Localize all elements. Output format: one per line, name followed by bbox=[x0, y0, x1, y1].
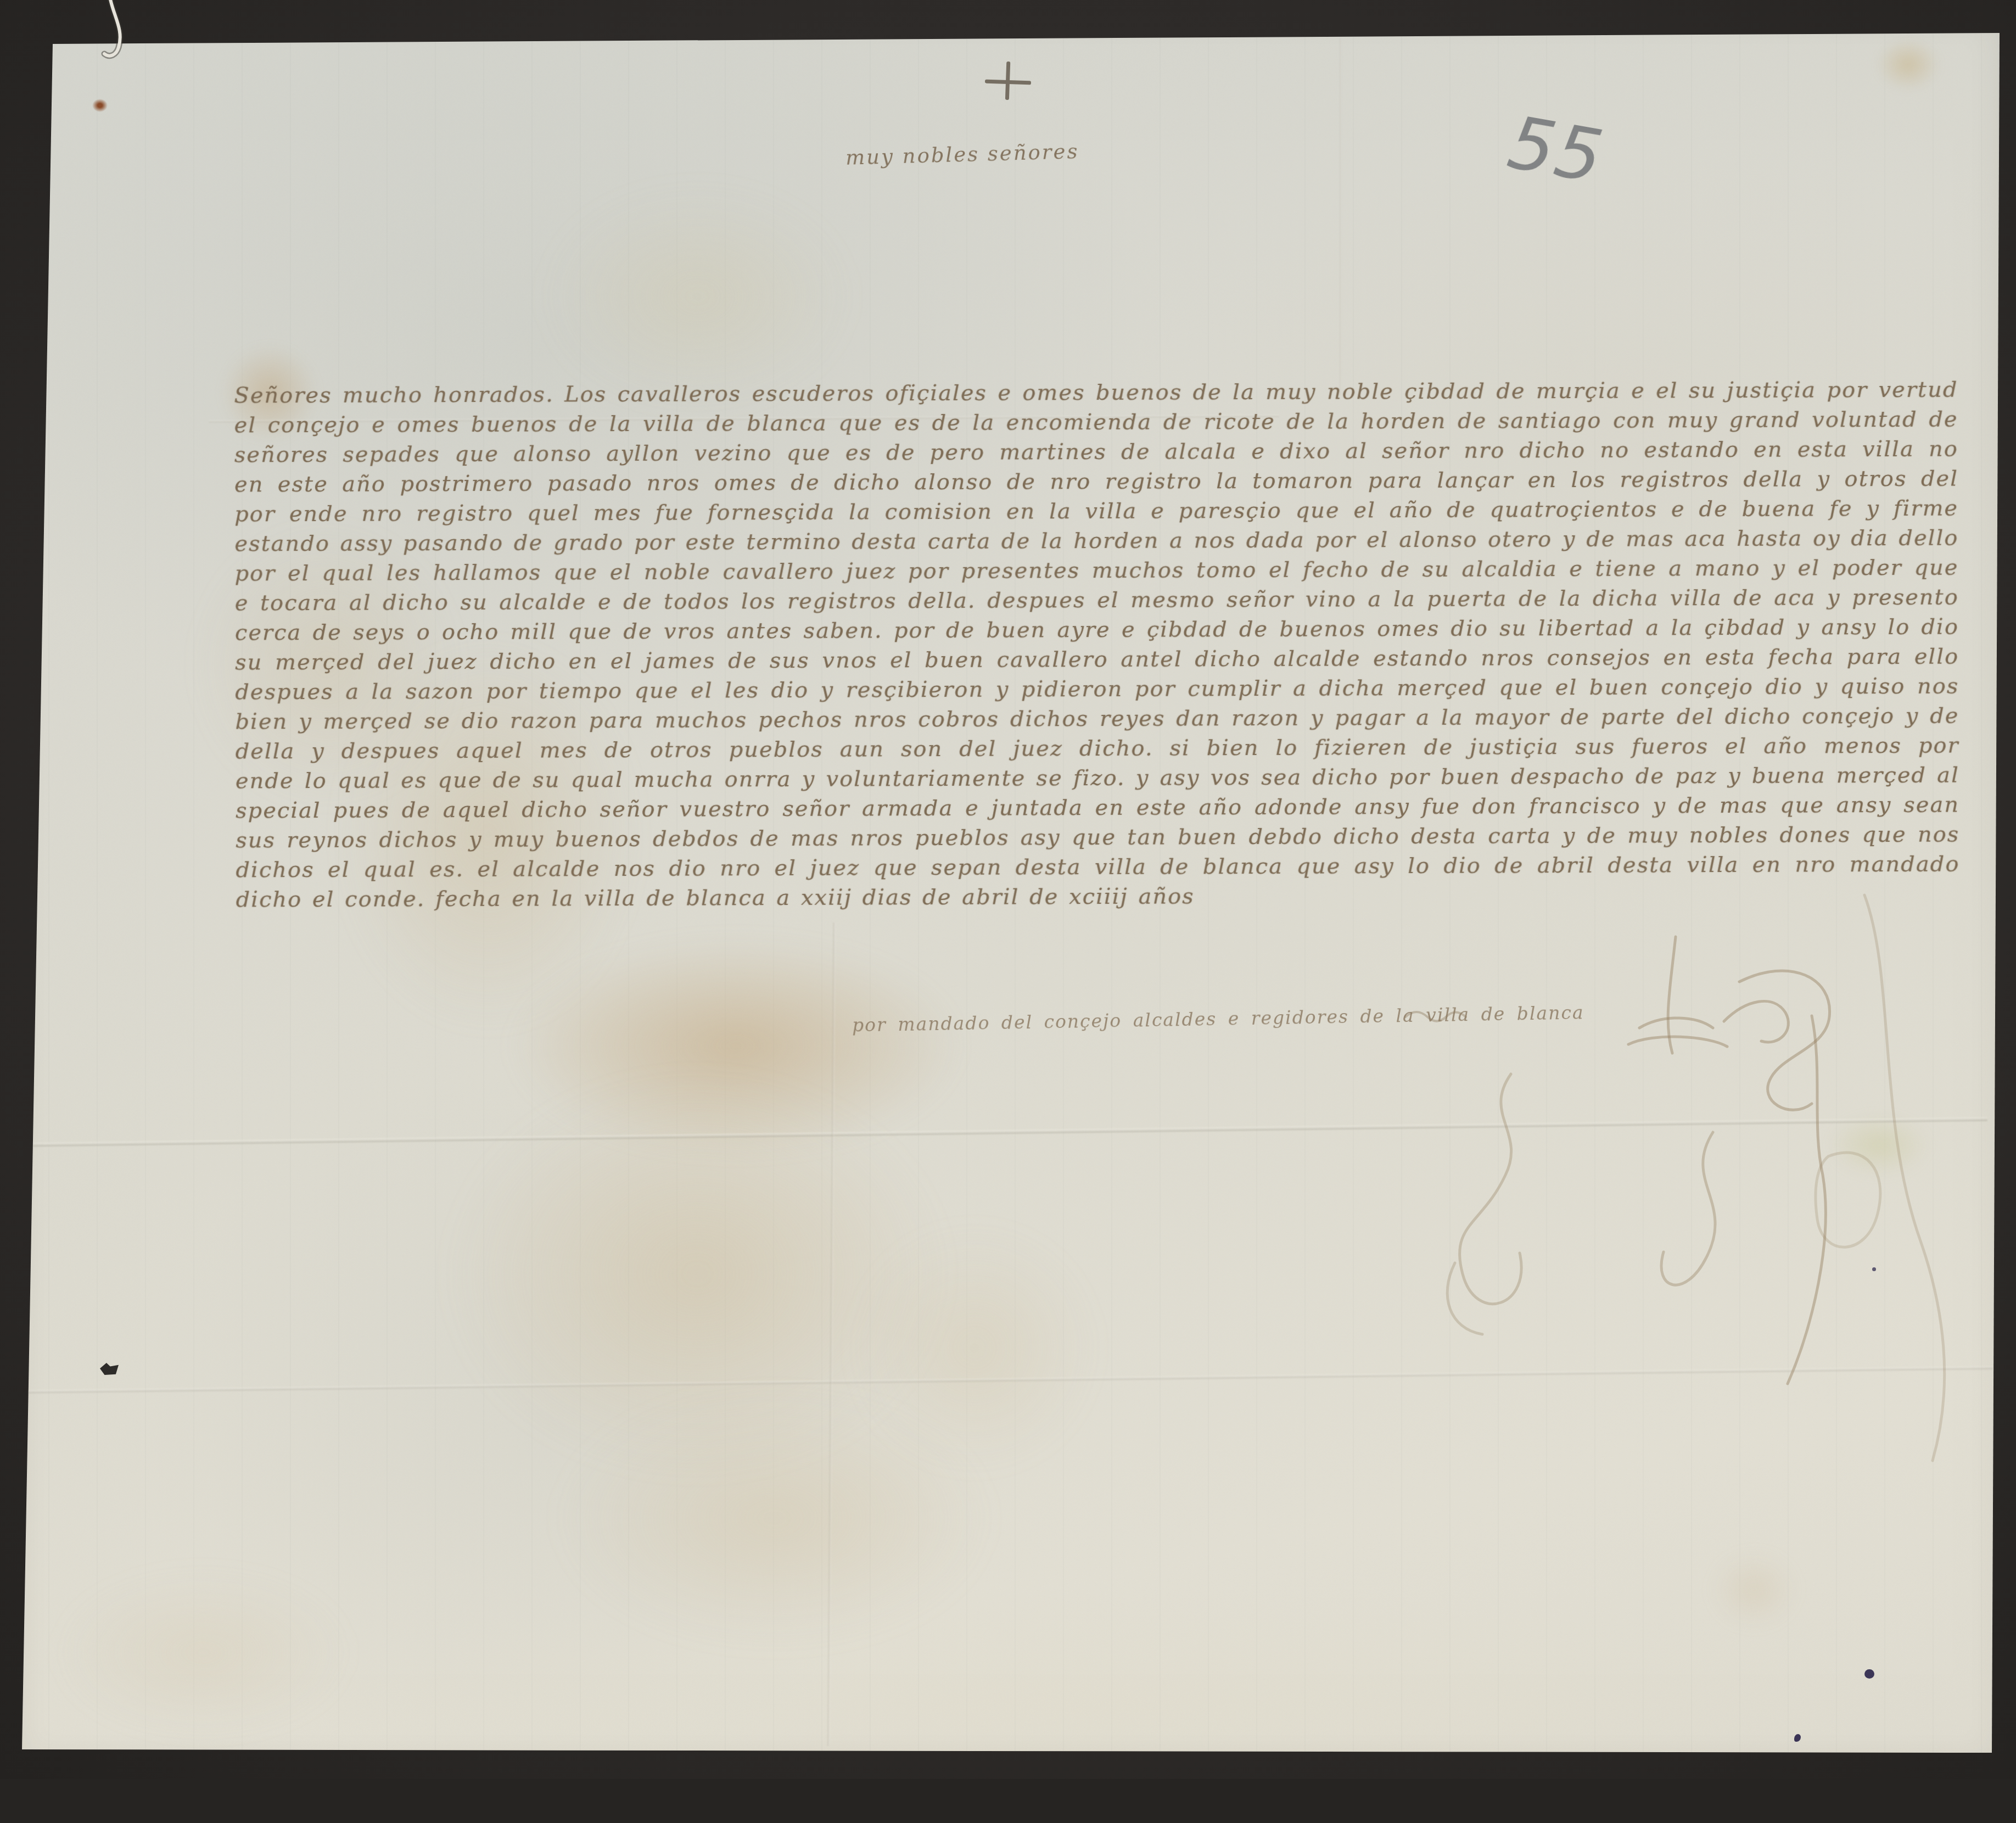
paper-thread bbox=[0, 0, 2016, 1779]
scan-background: muy nobles señores 55 Señores mucho honr… bbox=[0, 0, 2016, 1779]
